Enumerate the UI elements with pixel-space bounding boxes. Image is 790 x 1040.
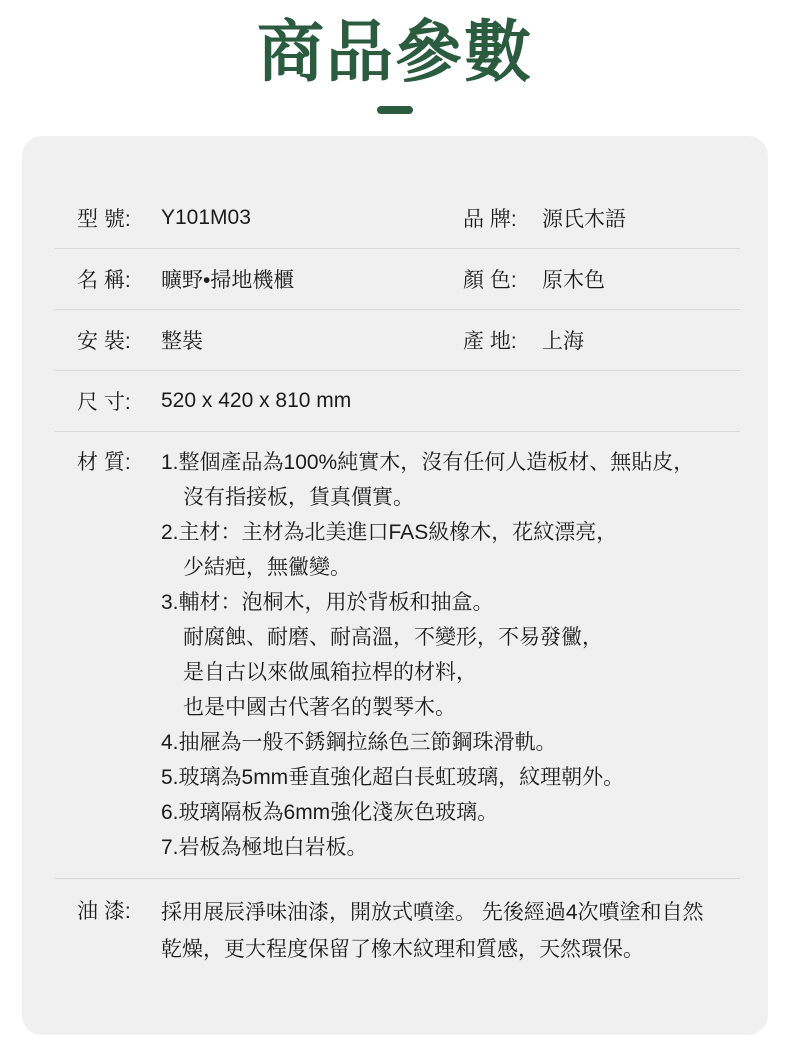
name-label: 名 稱:	[77, 264, 161, 294]
material-line: 耐腐蝕、耐磨、耐高溫，不變形，不易發黴，	[161, 620, 740, 655]
paint-line: 採用展辰淨味油漆，開放式噴塗。 先後經過4次噴塗和自然	[161, 894, 740, 931]
material-line: 是自古以來做風箱拉桿的材料，	[161, 655, 740, 690]
color-value: 原木色	[542, 264, 740, 294]
model-label: 型 號:	[77, 203, 161, 233]
spec-row-install-origin: 安 裝: 整裝 產 地: 上海	[55, 310, 740, 371]
install-value: 整裝	[161, 325, 463, 355]
spec-row-model-brand: 型 號: Y101M03 品 牌: 源氏木語	[55, 188, 740, 249]
page-header: 商品參數	[0, 0, 790, 114]
title-underline	[377, 106, 413, 114]
material-line: 6.玻璃隔板為6mm強化淺灰色玻璃。	[161, 795, 740, 830]
material-lines: 1.整個產品為100%純實木，沒有任何人造板材、無貼皮， 沒有指接板，貨真價實。…	[161, 445, 740, 865]
material-line: 7.岩板為極地白岩板。	[161, 830, 740, 865]
material-line: 1.整個產品為100%純實木，沒有任何人造板材、無貼皮，	[161, 445, 740, 480]
material-line: 沒有指接板，貨真價實。	[161, 480, 740, 515]
model-value: Y101M03	[161, 206, 463, 230]
install-label: 安 裝:	[77, 325, 161, 355]
name-value: 曠野•掃地機櫃	[161, 264, 463, 294]
material-line: 也是中國古代著名的製琴木。	[161, 690, 740, 725]
dimensions-label: 尺 寸:	[77, 386, 161, 416]
material-section: 材 質: 1.整個產品為100%純實木，沒有任何人造板材、無貼皮， 沒有指接板，…	[55, 432, 740, 879]
material-line: 2.主材：主材為北美進口FAS級橡木，花紋漂亮，	[161, 515, 740, 550]
page-title: 商品參數	[0, 16, 790, 90]
material-line: 4.抽屜為一般不銹鋼拉絲色三節鋼珠滑軌。	[161, 725, 740, 760]
product-specs-card: 型 號: Y101M03 品 牌: 源氏木語 名 稱: 曠野•掃地機櫃 顏 色:…	[22, 136, 768, 1035]
brand-label: 品 牌:	[463, 203, 542, 233]
material-line: 3.輔材：泡桐木，用於背板和抽盒。	[161, 585, 740, 620]
spec-row-name-color: 名 稱: 曠野•掃地機櫃 顏 色: 原木色	[55, 249, 740, 310]
brand-value: 源氏木語	[542, 203, 740, 233]
spec-row-dimensions: 尺 寸: 520 x 420 x 810 mm	[55, 371, 740, 432]
paint-section: 油 漆: 採用展辰淨味油漆，開放式噴塗。 先後經過4次噴塗和自然 乾燥，更大程度…	[55, 879, 740, 981]
dimensions-value: 520 x 420 x 810 mm	[161, 389, 740, 413]
paint-text: 採用展辰淨味油漆，開放式噴塗。 先後經過4次噴塗和自然 乾燥，更大程度保留了橡木…	[161, 894, 740, 968]
origin-label: 產 地:	[463, 325, 542, 355]
material-line: 5.玻璃為5mm垂直強化超白長虹玻璃，紋理朝外。	[161, 760, 740, 795]
origin-value: 上海	[542, 325, 740, 355]
material-line: 少結疤，無黴變。	[161, 550, 740, 585]
paint-line: 乾燥，更大程度保留了橡木紋理和質感，天然環保。	[161, 931, 740, 968]
material-label: 材 質:	[77, 445, 161, 480]
color-label: 顏 色:	[463, 264, 542, 294]
paint-label: 油 漆:	[77, 894, 161, 929]
